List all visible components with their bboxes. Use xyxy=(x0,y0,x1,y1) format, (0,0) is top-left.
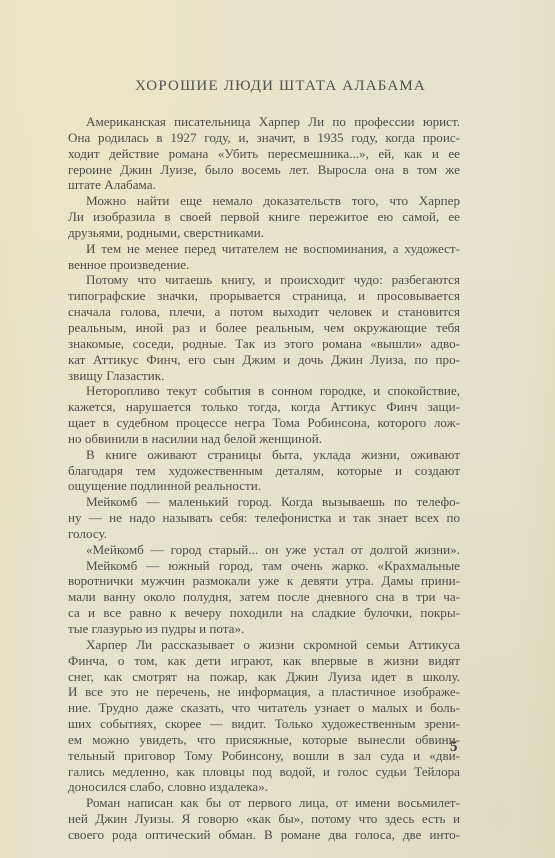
text-line: В книге оживают страницы быта, уклада жи… xyxy=(68,447,460,463)
page-number: 5 xyxy=(450,739,458,756)
text-line: са и все равно к вечеру походили на слад… xyxy=(68,605,460,621)
text-line: мали ванну около полудня, затем после дн… xyxy=(68,589,460,605)
text-line: И все это не перечень, не информация, а … xyxy=(68,684,460,700)
text-line: Она родилась в 1927 году, и, значит, в 1… xyxy=(68,130,460,146)
text-line: Ли изобразила в своей первой книге переж… xyxy=(68,209,460,225)
text-line: но обвинили в насилии над белой женщиной… xyxy=(68,431,460,447)
text-line: тельный приговор Тому Робинсону, вошли в… xyxy=(68,748,460,764)
text-line: гались медленно, как пловцы под водой, и… xyxy=(68,764,460,780)
text-line: сначала голова, плечи, а потом выходит ч… xyxy=(68,304,460,320)
text-line: звищу Глазастик. xyxy=(68,368,460,384)
text-line: Мейкомб — южный город, там очень жарко. … xyxy=(68,558,460,574)
text-line: тые глазурью из пудры и пота». xyxy=(68,621,460,637)
text-line: Неторопливо текут события в сонном город… xyxy=(68,383,460,399)
text-line: ние. Трудно даже сказать, что читатель у… xyxy=(68,700,460,716)
text-line: И тем не менее перед читателем не воспом… xyxy=(68,241,460,257)
body-text: Американская писательница Харпер Ли по п… xyxy=(68,114,460,843)
text-line: своего рода оптический обман. В романе д… xyxy=(68,827,460,843)
text-line: снег, как смотрят на пожар, как Джин Луи… xyxy=(68,669,460,685)
text-line: кат Аттикус Финч, его сын Джим и дочь Дж… xyxy=(68,352,460,368)
text-line: Потому что читаешь книгу, и происходит ч… xyxy=(68,272,460,288)
text-line: доносился слабо, словно издалека». xyxy=(68,779,460,795)
text-line: голосу. xyxy=(68,526,460,542)
text-line: ших событиях, скорее — видит. Только худ… xyxy=(68,716,460,732)
text-line: ну — не надо называть себя: телефонистка… xyxy=(68,510,460,526)
text-line: Можно найти еще немало доказательств тог… xyxy=(68,193,460,209)
book-page: ХОРОШИЕ ЛЮДИ ШТАТА АЛАБАМА Американская … xyxy=(0,0,555,858)
text-line: реальным, иной раз и более реальным, чем… xyxy=(68,320,460,336)
chapter-title: ХОРОШИЕ ЛЮДИ ШТАТА АЛАБАМА xyxy=(0,78,555,95)
text-line: Мейкомб — маленький город. Когда вызывае… xyxy=(68,494,460,510)
text-line: ходит действие романа «Убить пересмешник… xyxy=(68,146,460,162)
text-line: кажется, нарушается только тогда, когда … xyxy=(68,399,460,415)
text-line: штате Алабама. xyxy=(68,177,460,193)
text-line: воротнички мужчин размокали уже к девяти… xyxy=(68,573,460,589)
text-line: венное произведение. xyxy=(68,257,460,273)
text-line: Харпер Ли рассказывает о жизни скромной … xyxy=(68,637,460,653)
text-line: Роман написан как бы от первого лица, от… xyxy=(68,795,460,811)
text-line: благодаря тем художественным деталям, ко… xyxy=(68,463,460,479)
text-line: «Мейкомб — город старый... он уже устал … xyxy=(68,542,460,558)
text-line: Американская писательница Харпер Ли по п… xyxy=(68,114,460,130)
text-line: щает в судебном процессе негра Тома Роби… xyxy=(68,415,460,431)
text-line: ем можно увидеть, что присяжные, которые… xyxy=(68,732,460,748)
text-line: героине Джин Луизе, было восемь лет. Выр… xyxy=(68,162,460,178)
text-line: типографские значки, прорывается страниц… xyxy=(68,288,460,304)
text-line: ней Джин Луизы. Я говорю «как бы», потом… xyxy=(68,811,460,827)
text-line: друзьями, родными, сверстниками. xyxy=(68,225,460,241)
text-line: ощущение подлинной реальности. xyxy=(68,478,460,494)
text-line: знакомые, соседи, родные. Так из этого р… xyxy=(68,336,460,352)
text-line: Финча, о том, как дети играют, как вперв… xyxy=(68,653,460,669)
